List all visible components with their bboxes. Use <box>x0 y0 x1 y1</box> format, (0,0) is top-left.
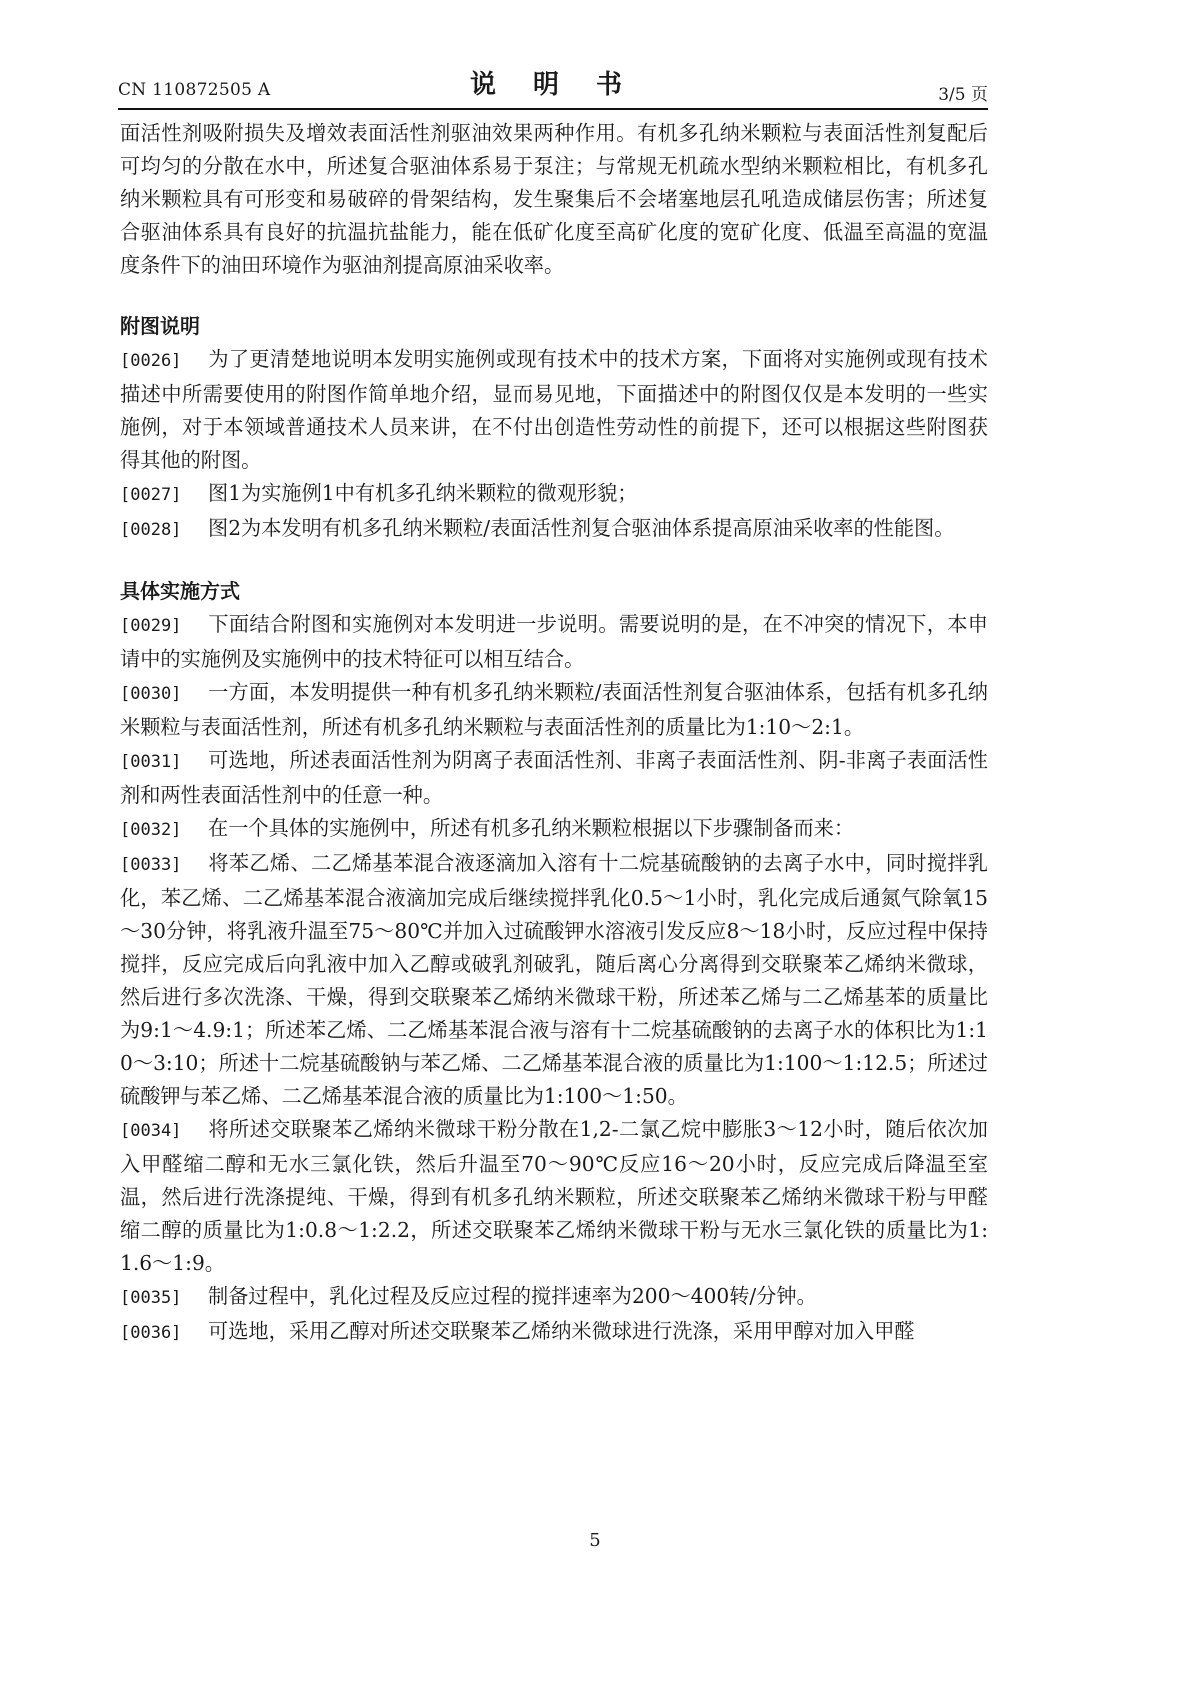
paragraph-text: 将苯乙烯、二乙烯基苯混合液逐滴加入溶有十二烷基硫酸钠的去离子水中，同时搅拌乳化，… <box>120 851 988 1108</box>
document-body: 面活性剂吸附损失及增效表面活性剂驱油效果两种作用。有机多孔纳米颗粒与表面活性剂复… <box>120 117 988 1350</box>
paragraph-0033: [0033]将苯乙烯、二乙烯基苯混合液逐滴加入溶有十二烷基硫酸钠的去离子水中，同… <box>120 847 988 1113</box>
paragraph-0028: [0028]图2为本发明有机多孔纳米颗粒/表面活性剂复合驱油体系提高原油采收率的… <box>120 512 988 547</box>
paragraph-number: [0026] <box>120 345 208 378</box>
page-number: 5 <box>0 1530 1190 1551</box>
section-drawings: 附图说明 [0026]为了更清楚地说明本发明实施例或现有技术中的技术方案，下面将… <box>120 310 988 547</box>
paragraph-number: [0032] <box>120 814 208 847</box>
section-title: 具体实施方式 <box>120 575 988 608</box>
document-title: 说 明 书 <box>118 64 988 101</box>
paragraph-text: 制备过程中，乳化过程及反应过程的搅拌速率为200～400转/分钟。 <box>208 1284 817 1308</box>
section-gap <box>120 282 988 310</box>
header-rule <box>118 108 988 110</box>
paragraph-text: 在一个具体的实施例中，所述有机多孔纳米颗粒根据以下步骤制备而来： <box>208 816 854 840</box>
paragraph-text: 为了更清楚地说明本发明实施例或现有技术中的技术方案，下面将对实施例或现有技术描述… <box>120 347 988 472</box>
paragraph-number: [0036] <box>120 1317 208 1350</box>
paragraph-0030: [0030]一方面，本发明提供一种有机多孔纳米颗粒/表面活性剂复合驱油体系，包括… <box>120 676 988 744</box>
paragraph-0035: [0035]制备过程中，乳化过程及反应过程的搅拌速率为200～400转/分钟。 <box>120 1280 988 1315</box>
paragraph-number: [0034] <box>120 1115 208 1148</box>
paragraph-number: [0028] <box>120 514 208 547</box>
paragraph-text: 图2为本发明有机多孔纳米颗粒/表面活性剂复合驱油体系提高原油采收率的性能图。 <box>208 516 954 540</box>
paragraph-text: 下面结合附图和实施例对本发明进一步说明。需要说明的是，在不冲突的情况下，本申请中… <box>120 612 988 671</box>
paragraph-0034: [0034]将所述交联聚苯乙烯纳米微球干粉分散在1,2-二氯乙烷中膨胀3～12小… <box>120 1113 988 1280</box>
paragraph-number: [0029] <box>120 610 208 643</box>
paragraph-number: [0035] <box>120 1282 208 1315</box>
paragraph-0031: [0031]可选地，所述表面活性剂为阴离子表面活性剂、非离子表面活性剂、阴-非离… <box>120 744 988 812</box>
section-embodiments: 具体实施方式 [0029]下面结合附图和实施例对本发明进一步说明。需要说明的是，… <box>120 575 988 1350</box>
paragraph-0036: [0036]可选地，采用乙醇对所述交联聚苯乙烯纳米微球进行洗涤，采用甲醇对加入甲… <box>120 1315 988 1350</box>
paragraph-text: 可选地，所述表面活性剂为阴离子表面活性剂、非离子表面活性剂、阴-非离子表面活性剂… <box>120 748 988 807</box>
paragraph-0027: [0027]图1为实施例1中有机多孔纳米颗粒的微观形貌； <box>120 477 988 512</box>
paragraph-text: 一方面，本发明提供一种有机多孔纳米颗粒/表面活性剂复合驱油体系，包括有机多孔纳米… <box>120 680 988 739</box>
paragraph-text: 可选地，采用乙醇对所述交联聚苯乙烯纳米微球进行洗涤，采用甲醇对加入甲醛 <box>208 1319 915 1343</box>
paragraph-0026: [0026]为了更清楚地说明本发明实施例或现有技术中的技术方案，下面将对实施例或… <box>120 343 988 477</box>
paragraph-text: 将所述交联聚苯乙烯纳米微球干粉分散在1,2-二氯乙烷中膨胀3～12小时，随后依次… <box>120 1117 988 1275</box>
page-header: CN 110872505 A 说 明 书 3/5 页 <box>118 64 988 110</box>
paragraph-number: [0030] <box>120 678 208 711</box>
page-indicator: 3/5 页 <box>938 80 988 105</box>
paragraph-text: 图1为实施例1中有机多孔纳米颗粒的微观形貌； <box>208 481 637 505</box>
paragraph-number: [0033] <box>120 849 208 882</box>
intro-paragraph: 面活性剂吸附损失及增效表面活性剂驱油效果两种作用。有机多孔纳米颗粒与表面活性剂复… <box>120 117 988 282</box>
paragraph-number: [0027] <box>120 479 208 512</box>
section-title: 附图说明 <box>120 310 988 343</box>
paragraph-number: [0031] <box>120 746 208 779</box>
paragraph-0029: [0029]下面结合附图和实施例对本发明进一步说明。需要说明的是，在不冲突的情况… <box>120 608 988 676</box>
section-gap <box>120 547 988 575</box>
paragraph-0032: [0032]在一个具体的实施例中，所述有机多孔纳米颗粒根据以下步骤制备而来： <box>120 812 988 847</box>
